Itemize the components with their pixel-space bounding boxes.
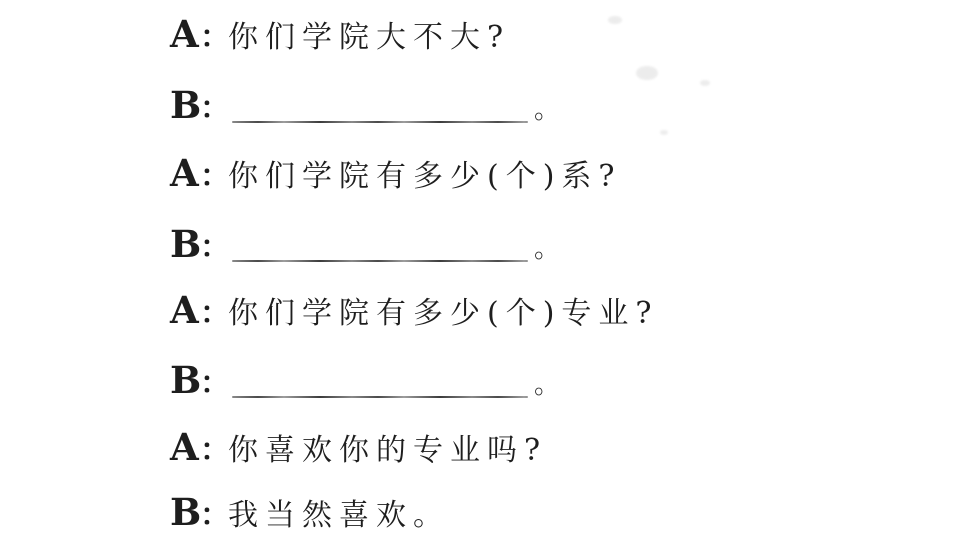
answer-blank	[232, 396, 528, 398]
speaker-label: A	[170, 151, 200, 195]
worksheet-page: A ： 你们学院大不大? B ： 。 A ： 你们学院有多少(个)系? B ： …	[0, 0, 960, 540]
scan-artifact	[700, 80, 710, 86]
speaker-label: A	[170, 425, 200, 469]
speaker-label: A	[170, 12, 200, 56]
speaker-label: A	[170, 288, 200, 332]
speaker-label: B	[170, 358, 200, 402]
speaker-label: B	[170, 222, 200, 266]
dialogue-line-5: A ： 你们学院有多少(个)专业?	[170, 288, 659, 332]
dialogue-line-1: A ： 你们学院大不大?	[170, 12, 510, 56]
speaker-colon: ：	[200, 222, 226, 266]
full-stop: 。	[534, 228, 560, 265]
speaker-colon: ：	[200, 12, 226, 56]
dialogue-line-4: B ： 。	[170, 222, 560, 266]
scan-artifact	[636, 66, 658, 80]
speaker-label: B	[170, 83, 200, 127]
dialogue-line-6: B ： 。	[170, 358, 560, 402]
scan-artifact	[608, 16, 622, 24]
dialogue-text: 你们学院有多少(个)系?	[228, 151, 622, 195]
answer-blank	[232, 121, 528, 123]
full-stop: 。	[534, 364, 560, 401]
speaker-colon: ：	[200, 288, 226, 332]
dialogue-line-3: A ： 你们学院有多少(个)系?	[170, 151, 622, 195]
dialogue-text: 你们学院有多少(个)专业?	[228, 288, 659, 332]
speaker-colon: ：	[200, 83, 226, 127]
speaker-colon: ：	[200, 151, 226, 195]
answer-blank	[232, 260, 528, 262]
dialogue-text: 你喜欢你的专业吗?	[228, 425, 547, 469]
dialogue-text: 你们学院大不大?	[228, 12, 510, 56]
dialogue-line-8: B ： 我当然喜欢。	[170, 490, 450, 534]
speaker-colon: ：	[200, 490, 226, 534]
speaker-colon: ：	[200, 358, 226, 402]
dialogue-text: 我当然喜欢。	[228, 490, 450, 534]
full-stop: 。	[534, 89, 560, 126]
speaker-colon: ：	[200, 425, 226, 469]
dialogue-line-7: A ： 你喜欢你的专业吗?	[170, 425, 547, 469]
speaker-label: B	[170, 490, 200, 534]
scan-artifact	[660, 130, 668, 135]
dialogue-line-2: B ： 。	[170, 83, 560, 127]
